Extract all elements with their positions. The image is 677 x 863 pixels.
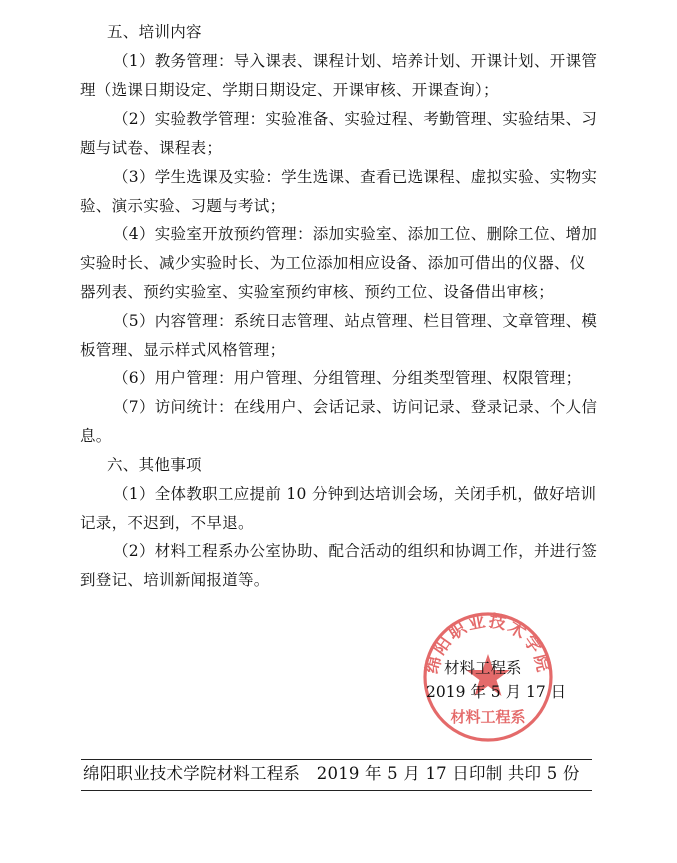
other-item-2-line-2: 到登记、培训新闻报道等。 bbox=[80, 570, 270, 590]
other-item-1-line-1: （1）全体教职工应提前 10 分钟到达培训会场，关闭手机，做好培训 bbox=[113, 484, 596, 504]
svg-text:材料工程系: 材料工程系 bbox=[450, 708, 525, 726]
item-7-line-1: （7）访问统计：在线用户、会话记录、访问记录、登录记录、个人信 bbox=[113, 397, 597, 417]
item-2-line-1: （2）实验教学管理：实验准备、实验过程、考勤管理、实验结果、习 bbox=[113, 109, 597, 129]
item-7-line-2: 息。 bbox=[80, 426, 112, 446]
other-item-1-line-2: 记录，不迟到，不早退。 bbox=[80, 513, 254, 533]
signature-department: 材料工程系 bbox=[444, 658, 522, 678]
footer-top-rule bbox=[81, 759, 592, 760]
print-info-footer: 绵阳职业技术学院材料工程系 2019 年 5 月 17 日印制 共印 5 份 bbox=[83, 763, 580, 785]
item-6-line-1: （6）用户管理：用户管理、分组管理、分组类型管理、权限管理； bbox=[113, 368, 581, 388]
item-5-line-1: （5）内容管理：系统日志管理、站点管理、栏目管理、文章管理、模 bbox=[113, 311, 597, 331]
item-3-line-2: 验、演示实验、习题与考试； bbox=[80, 196, 285, 216]
item-2-line-2: 题与试卷、课程表； bbox=[80, 138, 222, 158]
item-1-line-2: 理（选课日期设定、学期日期设定、开课审核、开课查询）； bbox=[80, 80, 499, 100]
item-5-line-2: 板管理、显示样式风格管理； bbox=[80, 340, 285, 360]
item-4-line-2: 实验时长、减少实验时长、为工位添加相应设备、添加可借出的仪器、仪 bbox=[80, 253, 586, 273]
other-item-2-line-1: （2）材料工程系办公室协助、配合活动的组织和协调工作，并进行签 bbox=[113, 541, 597, 561]
section-heading-6: 六、其他事项 bbox=[107, 455, 202, 475]
item-4-line-1: （4）实验室开放预约管理：添加实验室、添加工位、删除工位、增加 bbox=[113, 224, 597, 244]
section-heading-5: 五、培训内容 bbox=[107, 22, 202, 42]
item-3-line-1: （3）学生选课及实验：学生选课、查看已选课程、虚拟实验、实物实 bbox=[113, 167, 597, 187]
item-4-line-3: 器列表、预约实验室、实验室预约审核、预约工位、设备借出审核； bbox=[80, 282, 554, 302]
item-1-line-1: （1）教务管理：导入课表、课程计划、培养计划、开课计划、开课管 bbox=[113, 51, 597, 71]
footer-bottom-rule bbox=[81, 790, 592, 791]
signature-date: 2019 年 5 月 17 日 bbox=[426, 682, 566, 702]
